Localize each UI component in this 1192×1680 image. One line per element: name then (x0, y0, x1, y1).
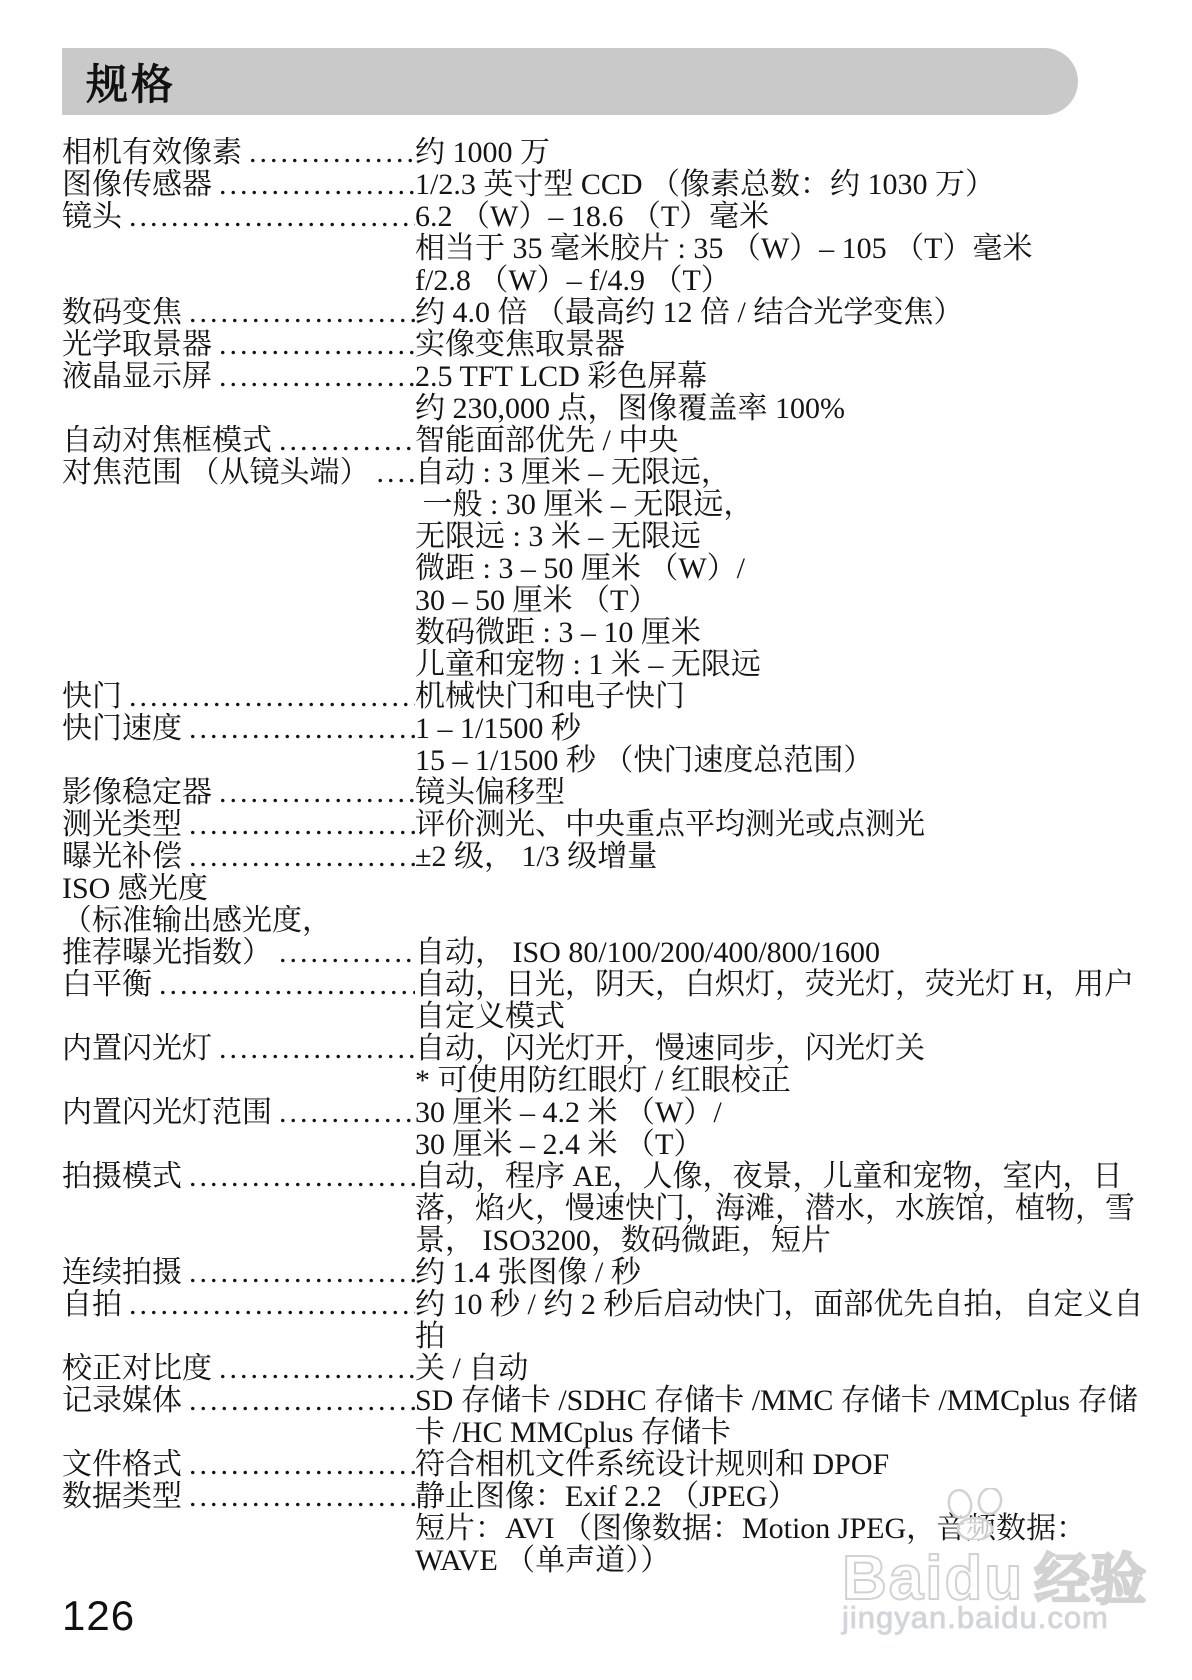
spec-row: f/2.8 （W）– f/4.9 （T） (62, 265, 1147, 297)
dot-leader (212, 1033, 415, 1065)
spec-value: 相当于 35 毫米胶片 : 35 （W）– 105 （T）毫米 (415, 233, 1032, 265)
spec-value: 自动，日光，阴天，白炽灯，荧光灯，荧光灯 H，用户 (415, 969, 1134, 1001)
dot-leader (272, 1097, 415, 1129)
spec-row: 液晶显示屏 2.5 TFT LCD 彩色屏幕 (62, 361, 1147, 393)
spec-row: 相当于 35 毫米胶片 : 35 （W）– 105 （T）毫米 (62, 233, 1147, 265)
spec-row: 曝光补偿 ±2 级， 1/3 级增量 (62, 841, 1147, 873)
spec-row: 微距 : 3 – 50 厘米 （W）/ (62, 553, 1147, 585)
spec-value: 1 – 1/1500 秒 (415, 713, 581, 745)
spec-value: 短片：AVI （图像数据：Motion JPEG，音频数据： (415, 1513, 1086, 1545)
spec-value: 机械快门和电子快门 (415, 681, 685, 713)
spec-row: 白平衡 自动，日光，阴天，白炽灯，荧光灯，荧光灯 H，用户 (62, 969, 1147, 1001)
spec-label-cell: 拍摄模式 (62, 1161, 415, 1193)
spec-value: 约 10 秒 / 约 2 秒后启动快门，面部优先自拍，自定义自 (415, 1289, 1143, 1321)
spec-row: 15 – 1/1500 秒 （快门速度总范围） (62, 745, 1147, 777)
spec-value: 镜头偏移型 (415, 777, 565, 809)
spec-label-cell: 推荐曝光指数） (62, 937, 415, 969)
spec-row: 镜头 6.2 （W）– 18.6 （T）毫米 (62, 201, 1147, 233)
section-header-bar: 规格 (62, 48, 1078, 115)
spec-row: 图像传感器 1/2.3 英寸型 CCD （像素总数：约 1030 万） (62, 169, 1147, 201)
spec-label-cell: 快门 (62, 681, 415, 713)
spec-label: 拍摄模式 (62, 1161, 182, 1193)
dot-leader (212, 777, 415, 809)
spec-label-cell: 镜头 (62, 201, 415, 233)
dot-leader (182, 1385, 415, 1417)
dot-leader (122, 681, 415, 713)
watermark-url: jingyan.baidu.com (842, 1600, 1192, 1636)
dot-leader (242, 137, 415, 169)
spec-row: 拍 (62, 1321, 1147, 1353)
spec-row: 光学取景器 实像变焦取景器 (62, 329, 1147, 361)
spec-value: 30 – 50 厘米 （T） (415, 585, 658, 617)
spec-row: 自定义模式 (62, 1001, 1147, 1033)
spec-value: 静止图像：Exif 2.2 （JPEG） (415, 1481, 798, 1513)
spec-row: ISO 感光度 (62, 873, 1147, 905)
page-title: 规格 (62, 52, 176, 112)
spec-value: 15 – 1/1500 秒 （快门速度总范围） (415, 745, 873, 777)
spec-row: 对焦范围 （从镜头端） 自动 : 3 厘米 – 无限远， (62, 457, 1147, 489)
spec-value: 约 1.4 张图像 / 秒 (415, 1257, 641, 1289)
spec-value: WAVE （单声道）） (415, 1545, 670, 1577)
spec-row: 景， ISO3200，数码微距，短片 (62, 1225, 1147, 1257)
spec-value: 2.5 TFT LCD 彩色屏幕 (415, 361, 707, 393)
spec-row: 落，焰火，慢速快门，海滩，潜水，水族馆，植物，雪 (62, 1193, 1147, 1225)
spec-label-cell: 白平衡 (62, 969, 415, 1001)
spec-row: * 可使用防红眼灯 / 红眼校正 (62, 1065, 1147, 1097)
spec-label: 曝光补偿 (62, 841, 182, 873)
spec-value: 6.2 （W）– 18.6 （T）毫米 (415, 201, 769, 233)
spec-label: 文件格式 (62, 1449, 182, 1481)
spec-label-cell: 校正对比度 (62, 1353, 415, 1385)
spec-row: 短片：AVI （图像数据：Motion JPEG，音频数据： (62, 1513, 1147, 1545)
dot-leader (182, 1257, 415, 1289)
spec-row: 内置闪光灯范围 30 厘米 – 4.2 米 （W）/ (62, 1097, 1147, 1129)
spec-value: 微距 : 3 – 50 厘米 （W）/ (415, 553, 745, 585)
spec-row: 卡 /HC MMCplus 存储卡 (62, 1417, 1147, 1449)
dot-leader (122, 1289, 415, 1321)
spec-label-cell: 相机有效像素 (62, 137, 415, 169)
spec-value: SD 存储卡 /SDHC 存储卡 /MMC 存储卡 /MMCplus 存储 (415, 1385, 1138, 1417)
spec-value: 无限远 : 3 米 – 无限远 (415, 521, 701, 553)
spec-label: 连续拍摄 (62, 1257, 182, 1289)
spec-value: 自定义模式 (415, 1001, 565, 1033)
spec-row: 校正对比度 关 / 自动 (62, 1353, 1147, 1385)
spec-label: 测光类型 (62, 809, 182, 841)
spec-value: 约 4.0 倍 （最高约 12 倍 / 结合光学变焦） (415, 297, 963, 329)
dot-leader (272, 937, 415, 969)
spec-label: ISO 感光度 (62, 873, 208, 905)
spec-label: 快门速度 (62, 713, 182, 745)
spec-row: 自拍 约 10 秒 / 约 2 秒后启动快门，面部优先自拍，自定义自 (62, 1289, 1147, 1321)
spec-label: 数据类型 (62, 1481, 182, 1513)
dot-leader (182, 809, 415, 841)
spec-label-cell: 数据类型 (62, 1481, 415, 1513)
spec-label: （标准输出感光度， (62, 905, 332, 937)
spec-label: 内置闪光灯范围 (62, 1097, 272, 1129)
spec-row: 推荐曝光指数） 自动， ISO 80/100/200/400/800/1600 (62, 937, 1147, 969)
spec-label-cell: 内置闪光灯 (62, 1033, 415, 1065)
dot-leader (182, 1449, 415, 1481)
spec-label: 对焦范围 （从镜头端） (62, 457, 370, 489)
spec-label-cell: 对焦范围 （从镜头端） (62, 457, 415, 489)
dot-leader (212, 329, 415, 361)
spec-label-cell: 测光类型 (62, 809, 415, 841)
spec-label: 校正对比度 (62, 1353, 212, 1385)
spec-row: 数码微距 : 3 – 10 厘米 (62, 617, 1147, 649)
spec-label: 推荐曝光指数） (62, 937, 272, 969)
spec-value: ±2 级， 1/3 级增量 (415, 841, 657, 873)
spec-row: 内置闪光灯 自动，闪光灯开，慢速同步，闪光灯关 (62, 1033, 1147, 1065)
spec-value: 景， ISO3200，数码微距，短片 (415, 1225, 831, 1257)
spec-value: 实像变焦取景器 (415, 329, 625, 361)
spec-row: 文件格式 符合相机文件系统设计规则和 DPOF (62, 1449, 1147, 1481)
spec-label: 影像稳定器 (62, 777, 212, 809)
spec-label: 光学取景器 (62, 329, 212, 361)
spec-label: 内置闪光灯 (62, 1033, 212, 1065)
spec-label: 自动对焦框模式 (62, 425, 272, 457)
dot-leader (152, 969, 415, 1001)
spec-label: 白平衡 (62, 969, 152, 1001)
spec-value: 30 厘米 – 2.4 米 （T） (415, 1129, 703, 1161)
spec-value: f/2.8 （W）– f/4.9 （T） (415, 265, 731, 297)
dot-leader (272, 425, 415, 457)
spec-value: 落，焰火，慢速快门，海滩，潜水，水族馆，植物，雪 (415, 1193, 1135, 1225)
spec-value: 关 / 自动 (415, 1353, 528, 1385)
spec-list: 相机有效像素 约 1000 万 图像传感器 1/2.3 英寸型 CCD （像素总… (62, 137, 1147, 1577)
spec-label-cell: 内置闪光灯范围 (62, 1097, 415, 1129)
dot-leader (370, 457, 416, 489)
spec-row: 自动对焦框模式 智能面部优先 / 中央 (62, 425, 1147, 457)
spec-row: 儿童和宠物 : 1 米 – 无限远 (62, 649, 1147, 681)
spec-value: 数码微距 : 3 – 10 厘米 (415, 617, 701, 649)
spec-row: 快门速度 1 – 1/1500 秒 (62, 713, 1147, 745)
spec-value: 1/2.3 英寸型 CCD （像素总数：约 1030 万） (415, 169, 995, 201)
spec-label-cell: 自动对焦框模式 (62, 425, 415, 457)
spec-value: 儿童和宠物 : 1 米 – 无限远 (415, 649, 761, 681)
dot-leader (182, 1161, 415, 1193)
manual-page: 规格 相机有效像素 约 1000 万 图像传感器 1/2.3 英寸型 CCD （… (0, 0, 1192, 1680)
spec-label-cell: 快门速度 (62, 713, 415, 745)
spec-row: WAVE （单声道）） (62, 1545, 1147, 1577)
spec-value: 符合相机文件系统设计规则和 DPOF (415, 1449, 889, 1481)
spec-row: 快门 机械快门和电子快门 (62, 681, 1147, 713)
page-number: 126 (62, 1592, 135, 1640)
dot-leader (212, 169, 415, 201)
spec-label: 快门 (62, 681, 122, 713)
dot-leader (212, 361, 415, 393)
spec-row: 约 230,000 点，图像覆盖率 100% (62, 393, 1147, 425)
spec-label: 图像传感器 (62, 169, 212, 201)
dot-leader (182, 297, 415, 329)
spec-value: 一般 : 30 厘米 – 无限远， (415, 489, 753, 521)
spec-label: 记录媒体 (62, 1385, 182, 1417)
spec-label: 数码变焦 (62, 297, 182, 329)
spec-label-cell: 曝光补偿 (62, 841, 415, 873)
spec-value: 自动 : 3 厘米 – 无限远， (415, 457, 731, 489)
spec-value: 约 230,000 点，图像覆盖率 100% (415, 393, 845, 425)
spec-value: 智能面部优先 / 中央 (415, 425, 678, 457)
spec-value: 评价测光、中央重点平均测光或点测光 (415, 809, 925, 841)
spec-row: 相机有效像素 约 1000 万 (62, 137, 1147, 169)
spec-row: 无限远 : 3 米 – 无限远 (62, 521, 1147, 553)
spec-label-cell: （标准输出感光度， (62, 905, 415, 937)
spec-row: （标准输出感光度， (62, 905, 1147, 937)
dot-leader (182, 713, 415, 745)
spec-label-cell: ISO 感光度 (62, 873, 415, 905)
dot-leader (122, 201, 415, 233)
spec-row: 影像稳定器 镜头偏移型 (62, 777, 1147, 809)
spec-label-cell: 影像稳定器 (62, 777, 415, 809)
spec-label: 液晶显示屏 (62, 361, 212, 393)
spec-label-cell: 记录媒体 (62, 1385, 415, 1417)
spec-row: 数码变焦 约 4.0 倍 （最高约 12 倍 / 结合光学变焦） (62, 297, 1147, 329)
spec-row: 拍摄模式 自动，程序 AE，人像，夜景，儿童和宠物，室内，日 (62, 1161, 1147, 1193)
spec-value: 30 厘米 – 4.2 米 （W）/ (415, 1097, 722, 1129)
spec-label: 镜头 (62, 201, 122, 233)
spec-label-cell: 图像传感器 (62, 169, 415, 201)
spec-row: 数据类型 静止图像：Exif 2.2 （JPEG） (62, 1481, 1147, 1513)
spec-row: 30 厘米 – 2.4 米 （T） (62, 1129, 1147, 1161)
spec-label-cell: 光学取景器 (62, 329, 415, 361)
dot-leader (212, 1353, 415, 1385)
spec-row: 测光类型 评价测光、中央重点平均测光或点测光 (62, 809, 1147, 841)
spec-value: 自动，程序 AE，人像，夜景，儿童和宠物，室内，日 (415, 1161, 1123, 1193)
spec-row: 连续拍摄 约 1.4 张图像 / 秒 (62, 1257, 1147, 1289)
dot-leader (182, 841, 415, 873)
spec-value: 自动， ISO 80/100/200/400/800/1600 (415, 937, 880, 969)
spec-row: 记录媒体 SD 存储卡 /SDHC 存储卡 /MMC 存储卡 /MMCplus … (62, 1385, 1147, 1417)
spec-value: 自动，闪光灯开，慢速同步，闪光灯关 (415, 1033, 925, 1065)
spec-value: 拍 (415, 1321, 445, 1353)
spec-row: 30 – 50 厘米 （T） (62, 585, 1147, 617)
spec-value: 卡 /HC MMCplus 存储卡 (415, 1417, 731, 1449)
spec-label: 相机有效像素 (62, 137, 242, 169)
spec-label-cell: 连续拍摄 (62, 1257, 415, 1289)
spec-row: 一般 : 30 厘米 – 无限远， (62, 489, 1147, 521)
spec-label: 自拍 (62, 1289, 122, 1321)
dot-leader (182, 1481, 415, 1513)
spec-label-cell: 液晶显示屏 (62, 361, 415, 393)
spec-label-cell: 自拍 (62, 1289, 415, 1321)
spec-value: * 可使用防红眼灯 / 红眼校正 (415, 1065, 791, 1097)
spec-label-cell: 数码变焦 (62, 297, 415, 329)
spec-value: 约 1000 万 (415, 137, 550, 169)
spec-label-cell: 文件格式 (62, 1449, 415, 1481)
